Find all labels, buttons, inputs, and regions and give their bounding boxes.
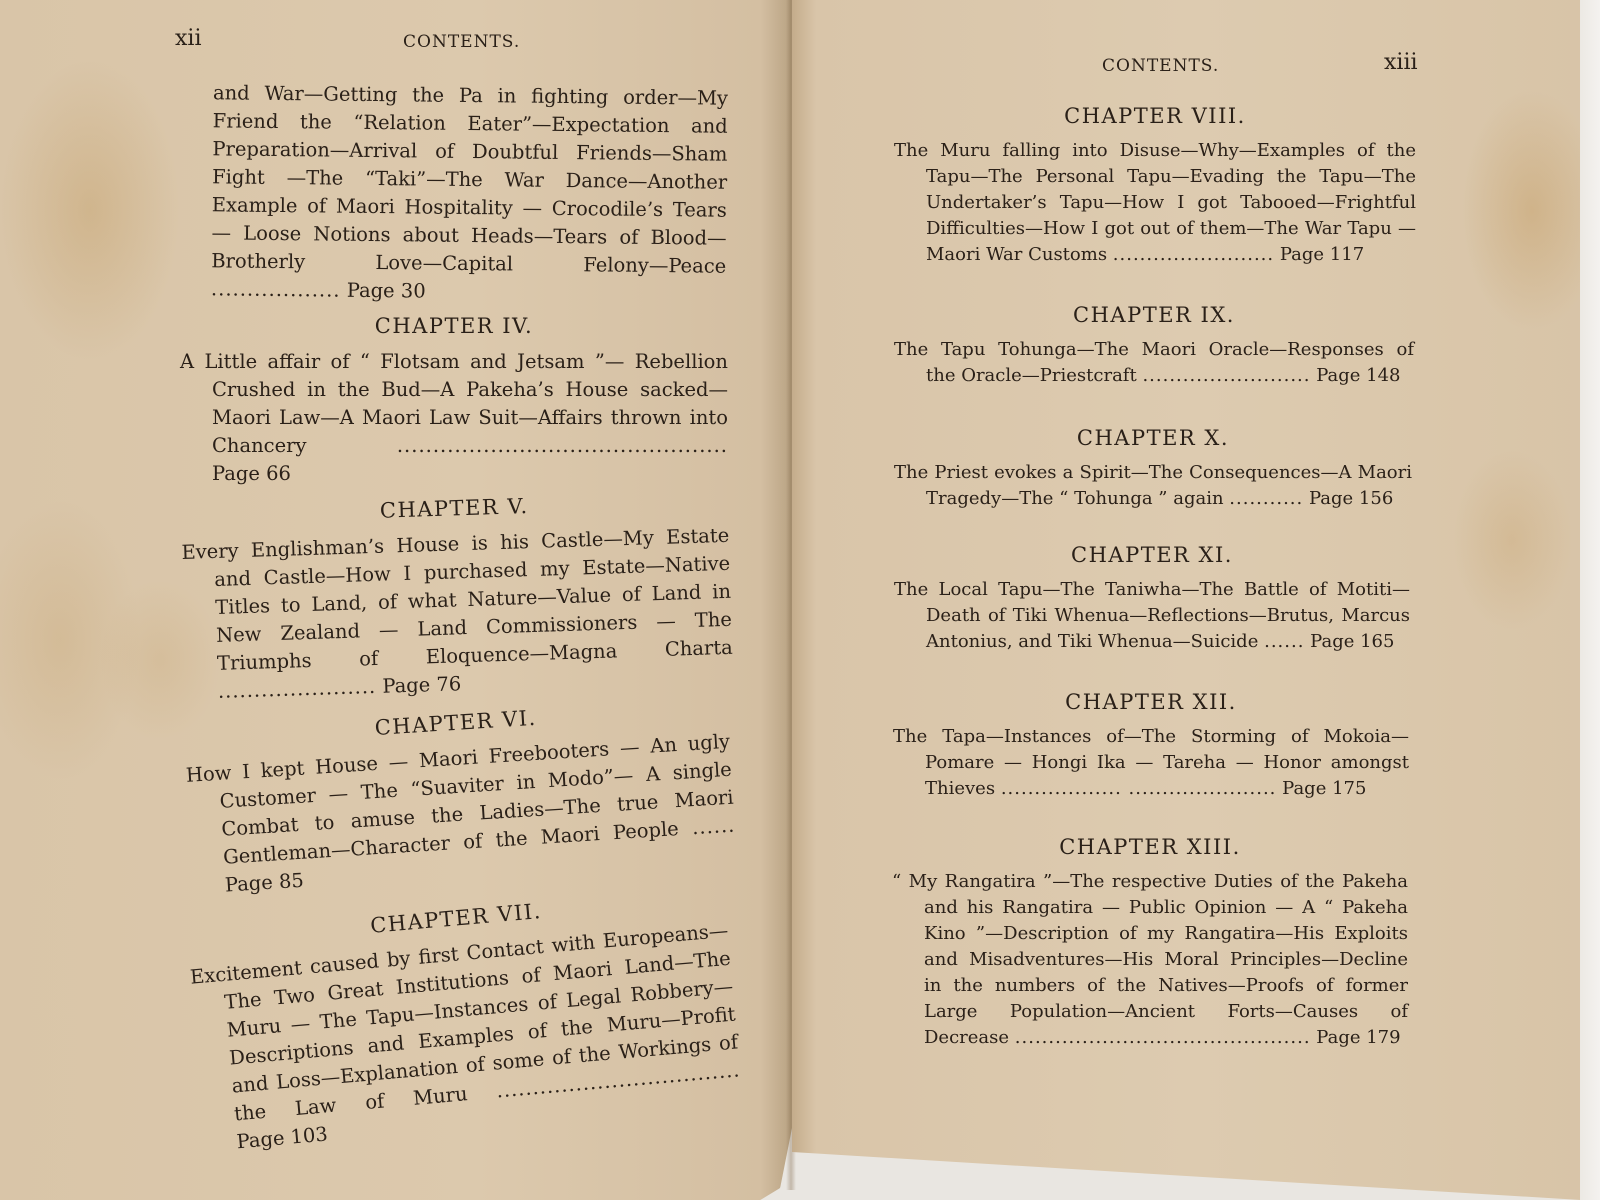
chapter-xi: CHAPTER XI. The Local Tapu—The Taniwha—T… xyxy=(894,543,1410,655)
entry-text: Excitement caused by first Contact with … xyxy=(189,919,739,1126)
dot-leader: .................. xyxy=(211,277,341,301)
toc-entry: How I kept House — Maori Freebooters — A… xyxy=(185,728,738,902)
right-page-number: xiii xyxy=(1384,50,1418,75)
dot-leader: ...... xyxy=(691,814,736,840)
page-reference: Page 179 xyxy=(1316,1027,1400,1048)
toc-entry: and War—Getting the Pa in fighting order… xyxy=(211,79,728,308)
chapter-viii: CHAPTER VIII. The Muru falling into Disu… xyxy=(894,104,1416,268)
dot-leader: .................. .....................… xyxy=(1001,778,1277,799)
left-page-number: xii xyxy=(175,26,201,51)
chapter-ix: CHAPTER IX. The Tapu Tohunga—The Maori O… xyxy=(894,303,1414,389)
chapter-iv: CHAPTER IV. A Little affair of “ Flotsam… xyxy=(180,314,728,488)
chapter-title: CHAPTER XIII. xyxy=(892,835,1408,859)
entry-text: Every Englishman’s House is his Castle—M… xyxy=(181,524,733,675)
chapter-vii: CHAPTER VII. Excitement caused by first … xyxy=(186,883,744,1159)
right-running-head: CONTENTS. xyxy=(1102,56,1219,76)
chapter-iii-continued: and War—Getting the Pa in fighting order… xyxy=(211,79,728,308)
toc-entry: The Local Tapu—The Taniwha—The Battle of… xyxy=(894,577,1410,655)
page-reference: Page 175 xyxy=(1282,778,1366,799)
chapter-title: CHAPTER IX. xyxy=(894,303,1414,327)
chapter-v: CHAPTER V. Every Englishman’s House is h… xyxy=(180,488,734,707)
dot-leader: ...... xyxy=(1264,631,1304,652)
left-running-head: CONTENTS. xyxy=(403,32,520,52)
dot-leader: ........... xyxy=(1229,488,1303,509)
page-reference: Page 85 xyxy=(224,869,304,897)
chapter-x: CHAPTER X. The Priest evokes a Spirit—Th… xyxy=(894,426,1412,512)
chapter-title: CHAPTER IV. xyxy=(180,314,728,338)
page-reference: Page 148 xyxy=(1316,365,1400,386)
page-reference: Page 103 xyxy=(236,1122,329,1153)
chapter-xiii: CHAPTER XIII. “ My Rangatira ”—The respe… xyxy=(892,835,1408,1051)
toc-entry: Excitement caused by first Contact with … xyxy=(189,917,744,1159)
page-reference: Page 76 xyxy=(382,672,462,697)
left-page: xii CONTENTS. and War—Getting the Pa in … xyxy=(0,0,792,1200)
entry-text: How I kept House — Maori Freebooters — A… xyxy=(185,730,734,869)
chapter-title: CHAPTER XII. xyxy=(893,690,1409,714)
dot-leader: ........................................… xyxy=(397,434,728,457)
toc-entry: The Tapu Tohunga—The Maori Oracle—Respon… xyxy=(894,337,1414,389)
dot-leader: ...................... xyxy=(218,675,377,703)
page-reference: Page 165 xyxy=(1310,631,1394,652)
page-reference: Page 66 xyxy=(212,462,291,485)
dot-leader: ........................................… xyxy=(1015,1027,1311,1048)
entry-text: and War—Getting the Pa in fighting order… xyxy=(211,81,728,277)
chapter-xii: CHAPTER XII. The Tapa—Instances of—The S… xyxy=(893,690,1409,802)
chapter-title: CHAPTER V. xyxy=(180,488,728,529)
page-reference: Page 117 xyxy=(1280,244,1364,265)
dot-leader: ......................... xyxy=(1142,365,1310,386)
chapter-title: CHAPTER X. xyxy=(894,426,1412,450)
toc-entry: A Little affair of “ Flotsam and Jetsam … xyxy=(180,348,728,488)
toc-entry: The Tapa—Instances of—The Storming of Mo… xyxy=(893,724,1409,802)
book-spread: xii CONTENTS. and War—Getting the Pa in … xyxy=(0,0,1600,1200)
chapter-vi: CHAPTER VI. How I kept House — Maori Fre… xyxy=(183,694,738,902)
toc-entry: “ My Rangatira ”—The respective Duties o… xyxy=(892,869,1408,1051)
toc-entry: The Priest evokes a Spirit—The Consequen… xyxy=(894,460,1412,512)
toc-entry: Every Englishman’s House is his Castle—M… xyxy=(181,522,734,707)
background-edge xyxy=(1580,0,1600,1200)
page-reference: Page 30 xyxy=(347,279,426,303)
right-page: CONTENTS. xiii CHAPTER VIII. The Muru fa… xyxy=(792,0,1600,1200)
chapter-title: CHAPTER XI. xyxy=(894,543,1410,567)
dot-leader: ........................ xyxy=(1113,244,1274,265)
toc-entry: The Muru falling into Disuse—Why—Example… xyxy=(894,138,1416,268)
entry-text: “ My Rangatira ”—The respective Duties o… xyxy=(892,871,1408,1048)
page-reference: Page 156 xyxy=(1309,488,1393,509)
chapter-title: CHAPTER VIII. xyxy=(894,104,1416,128)
